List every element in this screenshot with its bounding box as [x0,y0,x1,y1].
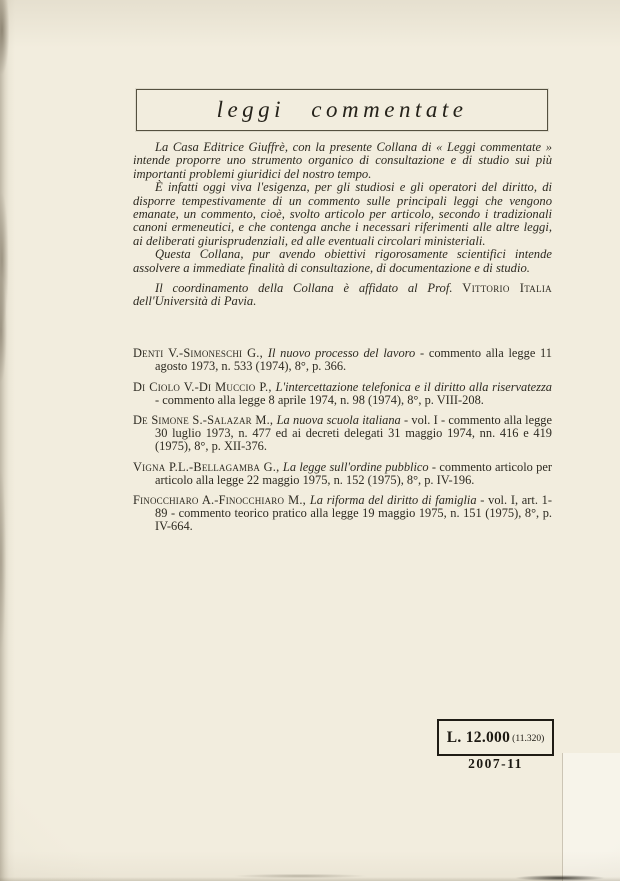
catalog-list: Denti V.-Simoneschi G., Il nuovo process… [133,347,552,541]
entry-authors: Finocchiaro A.-Finocchiaro M., [133,493,310,507]
catalog-entry-4: Vigna P.L.-Bellagamba G., La legge sull'… [133,461,552,487]
coordination-text-post: dell'Università di Pavia. [133,294,256,308]
price-box: L. 12.000 (11.320) [437,719,554,756]
entry-details: - commento alla legge 8 aprile 1974, n. … [155,393,484,407]
catalog-entry-2: Di Ciolo V.-Di Muccio P., L'intercettazi… [133,381,552,407]
entry-title: La riforma del diritto di famiglia [310,493,477,507]
series-title: leggi commentate [217,97,468,123]
intro-block: La Casa Editrice Giuffrè, con la present… [133,141,552,309]
series-title-box: leggi commentate [136,89,548,131]
entry-title: L'intercettazione telefonica e il diritt… [276,380,552,394]
scanned-book-page: leggi commentate La Casa Editrice Giuffr… [0,0,620,881]
entry-title: La legge sull'ordine pubblico [283,460,429,474]
adjacent-page-sliver [562,753,620,881]
entry-authors: Vigna P.L.-Bellagamba G., [133,460,283,474]
intro-paragraph-3: Questa Collana, pur avendo obiettivi rig… [133,248,552,275]
entry-title: Il nuovo processo del lavoro [268,346,415,360]
catalog-entry-3: De Simone S.-Salazar M., La nuova scuola… [133,414,552,453]
coordination-text-pre: Il coordinamento della Collana è affidat… [155,281,462,295]
intro-paragraph-1: La Casa Editrice Giuffrè, con la present… [133,141,552,181]
series-code: 2007-11 [437,756,554,772]
catalog-entry-1: Denti V.-Simoneschi G., Il nuovo process… [133,347,552,373]
entry-authors: De Simone S.-Salazar M., [133,413,277,427]
entry-authors: Di Ciolo V.-Di Muccio P., [133,380,276,394]
entry-authors: Denti V.-Simoneschi G., [133,346,268,360]
page-bottom-edge-shadow [0,871,620,881]
coordinator-name: Vittorio Italia [462,281,552,295]
entry-title: La nuova scuola italiana [277,413,401,427]
page-left-rough-edge [0,0,16,881]
intro-paragraph-2: È infatti oggi viva l'esigenza, per gli … [133,181,552,248]
coordination-paragraph: Il coordinamento della Collana è affidat… [133,282,552,309]
price-secondary: (11.320) [512,734,544,744]
catalog-entry-5: Finocchiaro A.-Finocchiaro M., La riform… [133,494,552,533]
price-amount: L. 12.000 [447,729,510,747]
